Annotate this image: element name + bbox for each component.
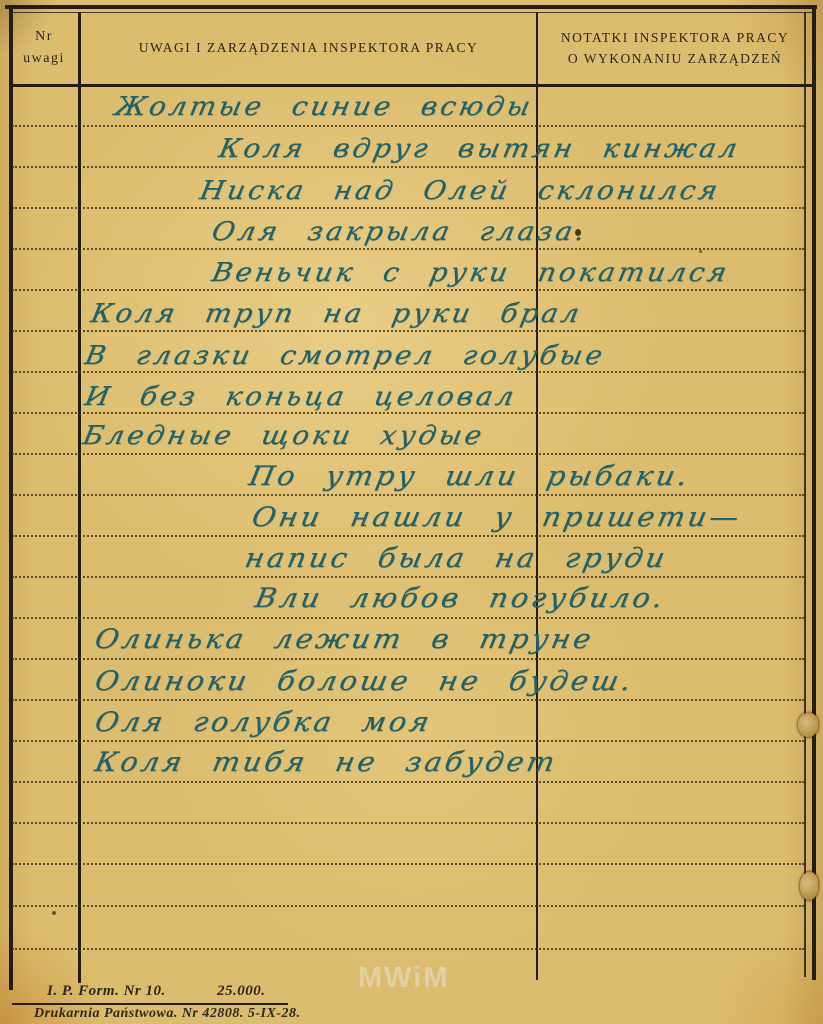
binding-damage-mark	[798, 713, 818, 737]
handwritten-line: Коля вдруг вытян кинжал	[216, 134, 743, 165]
ruled-line	[12, 125, 804, 127]
ruled-line	[12, 617, 804, 619]
form-number: I. P. Form. Nr 10.	[47, 983, 166, 1000]
printer-imprint: Drukarnia Państwowa. Nr 42808. 5-IX-28.	[34, 1006, 301, 1022]
ruled-line	[12, 905, 804, 907]
header-nr-line2: uwagi	[12, 48, 76, 70]
ink-speck	[699, 250, 702, 253]
handwritten-line: Ниска над Олей склонился	[197, 176, 723, 207]
handwritten-line: Вли любов погубило.	[252, 583, 668, 615]
handwritten-line: Веньчик с руки покатился	[209, 258, 732, 289]
ruled-line	[12, 863, 804, 865]
handwritten-line: Коля тибя не забудет	[92, 747, 560, 779]
table-border-right-outer	[812, 5, 816, 980]
handwritten-line: Коля труп на руки брал	[88, 299, 585, 330]
ink-speck	[52, 911, 56, 915]
ruled-line	[12, 740, 804, 742]
ruled-line	[12, 207, 804, 209]
ruled-line	[12, 248, 804, 250]
ruled-line	[12, 822, 804, 824]
ruled-line	[12, 166, 804, 168]
museum-watermark: MWiM	[358, 962, 450, 995]
column-divider-nr	[78, 12, 81, 983]
handwritten-line: Оля голубка моя	[92, 707, 435, 739]
header-main-column-title: UWAGI I ZARZĄDZENIA INSPEKTORA PRACY	[81, 38, 536, 59]
ruled-line	[12, 330, 804, 332]
ruled-line	[12, 658, 804, 660]
table-border-top	[5, 5, 817, 9]
print-run: 25.000.	[217, 983, 266, 1000]
handwritten-line: Олиноки болоше не будеш.	[92, 666, 637, 698]
handwritten-line: В глазки смотрел голубые	[82, 341, 608, 372]
table-border-right-inner	[804, 12, 806, 977]
binding-damage-mark	[800, 872, 818, 900]
header-bottom-rule	[9, 84, 816, 87]
ruled-line	[12, 699, 804, 701]
handwritten-line: Бледные щоки худые	[80, 421, 487, 452]
handwritten-line: По утру шли рыбаки.	[246, 461, 693, 493]
handwritten-line: И без коньца целовал	[82, 382, 519, 413]
ruled-line	[12, 535, 804, 537]
header-right-column-title: NOTATKI INSPEKTORA PRACY O WYKONANIU ZAR…	[538, 28, 812, 70]
handwritten-line: напис была на груди	[242, 543, 670, 575]
ruled-line	[12, 781, 804, 783]
header-nr-uwagi: Nr uwagi	[12, 26, 76, 69]
ruled-line	[12, 453, 804, 455]
ruled-line	[12, 494, 804, 496]
header-nr-line1: Nr	[12, 26, 76, 48]
scanned-form-page: Nr uwagi UWAGI I ZARZĄDZENIA INSPEKTORA …	[0, 0, 823, 1024]
ruled-line	[12, 289, 804, 291]
imprint-underline	[12, 1003, 288, 1005]
header-right-line2: O WYKONANIU ZARZĄDZEŃ	[538, 49, 812, 70]
ruled-line	[12, 948, 804, 950]
table-border-left	[9, 5, 13, 990]
handwritten-line: Они нашли у пришети—	[249, 502, 744, 534]
handwritten-line: Олинька лежит в труне	[92, 624, 597, 656]
table-border-top-inner	[9, 12, 815, 13]
header-right-line1: NOTATKI INSPEKTORA PRACY	[538, 28, 812, 49]
handwritten-line: Жолтые синие всюды	[112, 92, 536, 123]
ink-speck	[575, 229, 581, 236]
ruled-line	[12, 576, 804, 578]
handwritten-line: Оля закрыла глаза.	[209, 217, 590, 248]
